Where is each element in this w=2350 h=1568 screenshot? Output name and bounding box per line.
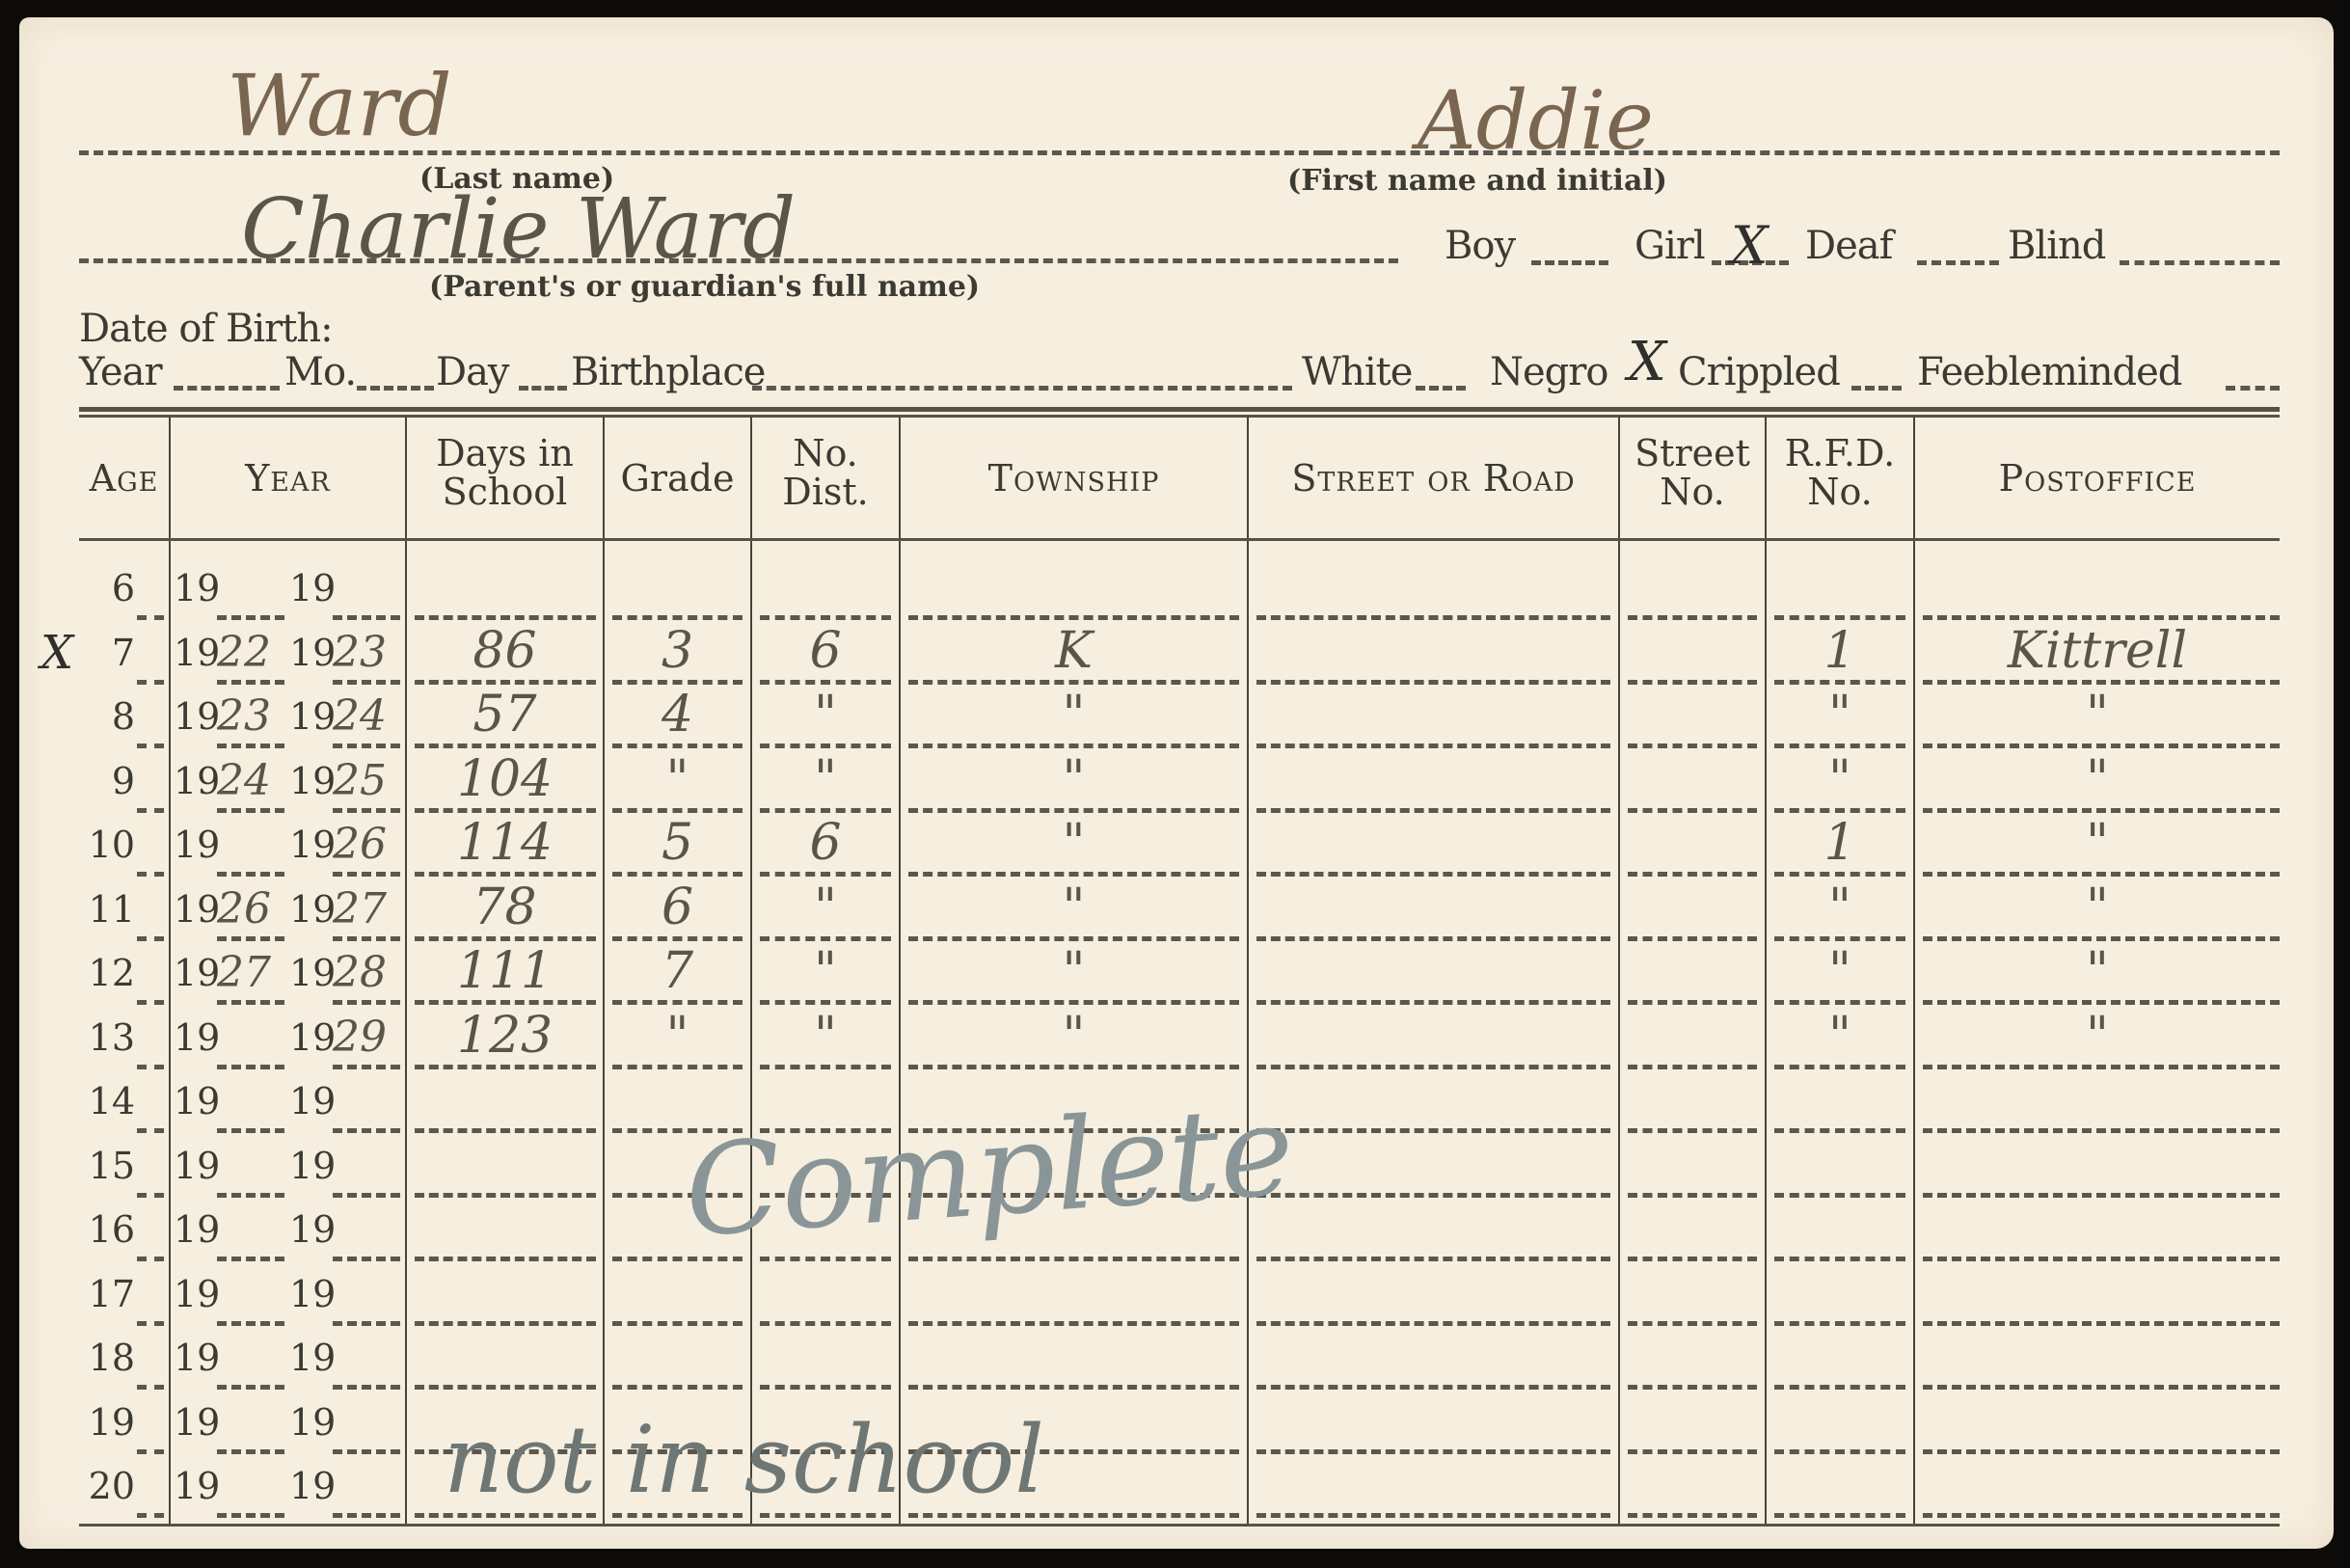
rfd-line xyxy=(1774,680,1905,685)
year-end-line xyxy=(333,1257,400,1261)
age-line xyxy=(137,1128,164,1133)
rfd-line xyxy=(1774,872,1905,877)
rfd-line xyxy=(1774,1065,1905,1069)
year-end-line xyxy=(333,1385,400,1390)
rfd-cell: " xyxy=(1767,1007,1913,1065)
age-line xyxy=(137,1000,164,1005)
year-end-line xyxy=(333,936,400,941)
year-end-hand: 23 xyxy=(333,628,387,677)
days-cell: 78 xyxy=(407,879,603,936)
age-value: 9 xyxy=(77,760,135,802)
age-value: 7 xyxy=(77,632,135,674)
age-value: 17 xyxy=(77,1273,135,1315)
township-line xyxy=(908,615,1239,620)
rfd-line xyxy=(1774,1385,1905,1390)
street_no-line xyxy=(1628,1321,1757,1326)
header-rfd-line2: No. xyxy=(1767,473,1913,511)
grade-cell: 3 xyxy=(605,622,750,680)
age-line xyxy=(137,808,164,813)
postoffice-cell: " xyxy=(1915,942,2280,1000)
feebleminded-line xyxy=(2226,386,2280,391)
age-line xyxy=(137,1449,164,1454)
street-line xyxy=(1256,936,1610,941)
year-end-hand: 28 xyxy=(333,948,387,997)
year-end-line xyxy=(333,1513,400,1518)
street-line xyxy=(1256,1065,1610,1069)
grade-line xyxy=(612,1065,743,1069)
rfd-cell: " xyxy=(1767,942,1913,1000)
dist-line xyxy=(760,743,891,748)
year-start-line xyxy=(217,743,284,748)
header-days-line1: Days in xyxy=(407,434,603,473)
age-line xyxy=(137,1065,164,1069)
header-rule-bottom xyxy=(79,415,2280,418)
days-line xyxy=(415,936,596,941)
postoffice-line xyxy=(1923,1193,2280,1198)
age-value: 16 xyxy=(77,1208,135,1251)
year-start-hand: 23 xyxy=(217,691,271,741)
days-line xyxy=(415,1385,596,1390)
street_no-line xyxy=(1628,936,1757,941)
street_no-line xyxy=(1628,615,1757,620)
days-cell: 114 xyxy=(407,814,603,872)
dist-cell: " xyxy=(752,686,899,743)
header-underline xyxy=(79,538,2280,541)
year-start-prefix: 19 xyxy=(174,1145,220,1187)
township-cell: K xyxy=(901,622,1247,680)
blind-label: Blind xyxy=(2008,224,2105,268)
rfd-cell: " xyxy=(1767,879,1913,936)
last-name-value: Ward xyxy=(227,56,452,155)
age-value: 8 xyxy=(77,695,135,738)
year-end-line xyxy=(333,743,400,748)
year-end-prefix: 19 xyxy=(289,1401,336,1444)
year-start-prefix: 19 xyxy=(174,632,220,674)
street_no-line xyxy=(1628,808,1757,813)
grade-cell: 5 xyxy=(605,814,750,872)
year-start-line xyxy=(217,680,284,685)
dist-line xyxy=(760,1065,891,1069)
year-end-prefix: 19 xyxy=(289,888,336,931)
dist-cell: 6 xyxy=(752,622,899,680)
age-value: 15 xyxy=(77,1145,135,1187)
dob-label: Date of Birth: xyxy=(79,307,333,351)
age-line xyxy=(137,680,164,685)
rfd-line xyxy=(1774,936,1905,941)
table-row: 171919 xyxy=(19,1273,2334,1337)
dist-cell: 6 xyxy=(752,814,899,872)
dist-cell: " xyxy=(752,942,899,1000)
deaf-line xyxy=(1917,260,1999,265)
street-line xyxy=(1256,1513,1610,1518)
header-street-road: Street or Road xyxy=(1249,459,1618,498)
first-name-line xyxy=(1323,150,2280,155)
grade-line xyxy=(612,1000,743,1005)
year-start-prefix: 19 xyxy=(174,695,220,738)
days-line xyxy=(415,1321,596,1326)
header-age: Age xyxy=(79,459,169,498)
year-end-hand: 27 xyxy=(333,884,387,933)
rfd-line xyxy=(1774,1449,1905,1454)
month-line xyxy=(357,386,434,391)
rfd-line xyxy=(1774,1193,1905,1198)
street_no-line xyxy=(1628,1385,1757,1390)
header-postoffice: Postoffice xyxy=(1915,459,2280,498)
township-cell: " xyxy=(901,750,1247,808)
birthplace-line xyxy=(752,386,1292,391)
postoffice-line xyxy=(1923,1257,2280,1261)
year-start-prefix: 19 xyxy=(174,1337,220,1379)
year-start-line xyxy=(217,1128,284,1133)
year-start-hand: 22 xyxy=(217,628,271,677)
days-line xyxy=(415,1000,596,1005)
township-line xyxy=(908,1321,1239,1326)
street-line xyxy=(1256,1257,1610,1261)
township-line xyxy=(908,936,1239,941)
township-cell: " xyxy=(901,879,1247,936)
table-row: 201919 xyxy=(19,1465,2334,1528)
year-start-prefix: 19 xyxy=(174,1465,220,1507)
year-end-line xyxy=(333,1321,400,1326)
year-end-line xyxy=(333,1000,400,1005)
township-line xyxy=(908,1000,1239,1005)
age-value: 18 xyxy=(77,1337,135,1379)
rfd-line xyxy=(1774,743,1905,748)
dist-line xyxy=(760,1000,891,1005)
year-start-prefix: 19 xyxy=(174,824,220,866)
white-label: White xyxy=(1302,350,1412,394)
year-start-hand: 24 xyxy=(217,756,271,805)
day-line xyxy=(519,386,567,391)
year-end-prefix: 19 xyxy=(289,824,336,866)
year-start-prefix: 19 xyxy=(174,888,220,931)
header-days-line2: School xyxy=(407,473,603,511)
days-line xyxy=(415,808,596,813)
feebleminded-label: Feebleminded xyxy=(1917,350,2181,394)
postoffice-cell: " xyxy=(1915,879,2280,936)
township-line xyxy=(908,1065,1239,1069)
days-cell: 123 xyxy=(407,1007,603,1065)
dist-line xyxy=(760,936,891,941)
street_no-line xyxy=(1628,680,1757,685)
postoffice-line xyxy=(1923,808,2280,813)
days-line xyxy=(415,1065,596,1069)
year-end-hand: 25 xyxy=(333,756,387,805)
year-label: Year xyxy=(79,350,162,394)
postoffice-line xyxy=(1923,1449,2280,1454)
year-end-hand: 24 xyxy=(333,691,387,741)
year-end-prefix: 19 xyxy=(289,632,336,674)
not-in-school-annotation: not in school xyxy=(444,1406,1044,1514)
street-line xyxy=(1256,1128,1610,1133)
row-margin-mark: X xyxy=(41,626,73,680)
year-end-prefix: 19 xyxy=(289,1016,336,1059)
year-start-line xyxy=(217,1193,284,1198)
age-value: 14 xyxy=(77,1080,135,1122)
age-value: 6 xyxy=(77,567,135,609)
grade-line xyxy=(612,615,743,620)
year-end-hand: 29 xyxy=(333,1013,387,1062)
postoffice-cell: " xyxy=(1915,1007,2280,1065)
grade-line xyxy=(612,936,743,941)
age-value: 13 xyxy=(77,1016,135,1059)
postoffice-cell: " xyxy=(1915,814,2280,872)
postoffice-line xyxy=(1923,680,2280,685)
year-end-prefix: 19 xyxy=(289,760,336,802)
deaf-label: Deaf xyxy=(1805,224,1892,268)
street-line xyxy=(1256,615,1610,620)
school-census-card: Ward (Last name) Addie (First name and i… xyxy=(19,17,2334,1549)
dist-line xyxy=(760,808,891,813)
rfd-cell: 1 xyxy=(1767,814,1913,872)
age-line xyxy=(137,1513,164,1518)
year-end-line xyxy=(333,680,400,685)
days-cell: 57 xyxy=(407,686,603,743)
grade-cell: 7 xyxy=(605,942,750,1000)
grade-cell: 4 xyxy=(605,686,750,743)
postoffice-line xyxy=(1923,936,2280,941)
parent-name-line xyxy=(79,258,1398,263)
year-end-line xyxy=(333,1449,400,1454)
rfd-line xyxy=(1774,615,1905,620)
age-line xyxy=(137,1193,164,1198)
year-start-line xyxy=(217,1000,284,1005)
crippled-label: Crippled xyxy=(1678,350,1840,394)
crippled-line xyxy=(1851,386,1902,391)
postoffice-line xyxy=(1923,1000,2280,1005)
year-start-hand: 26 xyxy=(217,884,271,933)
boy-label: Boy xyxy=(1445,224,1515,268)
year-end-prefix: 19 xyxy=(289,1273,336,1315)
year-start-prefix: 19 xyxy=(174,1080,220,1122)
postoffice-line xyxy=(1923,1385,2280,1390)
township-cell: " xyxy=(901,1007,1247,1065)
year-end-line xyxy=(333,1065,400,1069)
year-start-line xyxy=(217,1257,284,1261)
grade-line xyxy=(612,1385,743,1390)
parent-name-value: Charlie Ward xyxy=(241,181,796,278)
township-cell: " xyxy=(901,814,1247,872)
year-start-line xyxy=(217,1385,284,1390)
days-line xyxy=(415,872,596,877)
dist-line xyxy=(760,872,891,877)
month-label: Mo. xyxy=(284,350,356,394)
days-line xyxy=(415,615,596,620)
rfd-line xyxy=(1774,1000,1905,1005)
year-end-prefix: 19 xyxy=(289,1208,336,1251)
rfd-cell: 1 xyxy=(1767,622,1913,680)
year-end-prefix: 19 xyxy=(289,1465,336,1507)
year-start-prefix: 19 xyxy=(174,1401,220,1444)
year-start-line xyxy=(217,1321,284,1326)
year-end-prefix: 19 xyxy=(289,695,336,738)
street_no-line xyxy=(1628,1193,1757,1198)
negro-label: Negro xyxy=(1490,350,1607,394)
year-start-line xyxy=(217,615,284,620)
year-start-prefix: 19 xyxy=(174,567,220,609)
year-end-line xyxy=(333,872,400,877)
age-line xyxy=(137,743,164,748)
header-dist-line2: Dist. xyxy=(752,473,899,511)
street-line xyxy=(1256,1193,1610,1198)
header-rule-top xyxy=(79,407,2280,412)
grade-line xyxy=(612,872,743,877)
year-start-prefix: 19 xyxy=(174,1016,220,1059)
street_no-line xyxy=(1628,1128,1757,1133)
table-row: 181919 xyxy=(19,1337,2334,1400)
year-end-prefix: 19 xyxy=(289,1145,336,1187)
township-line xyxy=(908,1385,1239,1390)
dist-line xyxy=(760,680,891,685)
year-line xyxy=(174,386,280,391)
postoffice-line xyxy=(1923,743,2280,748)
postoffice-line xyxy=(1923,1128,2280,1133)
age-value: 19 xyxy=(77,1401,135,1444)
dist-cell: " xyxy=(752,879,899,936)
year-start-line xyxy=(217,808,284,813)
township-line xyxy=(908,1257,1239,1261)
street_no-line xyxy=(1628,1000,1757,1005)
grade-cell: " xyxy=(605,1007,750,1065)
days-cell: 111 xyxy=(407,942,603,1000)
dist-line xyxy=(760,1385,891,1390)
street_no-line xyxy=(1628,743,1757,748)
grade-line xyxy=(612,743,743,748)
postoffice-line xyxy=(1923,615,2280,620)
header-rfd-line1: R.F.D. xyxy=(1767,434,1913,473)
parent-name-label: (Parent's or guardian's full name) xyxy=(429,270,980,304)
year-end-prefix: 19 xyxy=(289,1337,336,1379)
postoffice-line xyxy=(1923,1065,2280,1069)
age-value: 12 xyxy=(77,952,135,994)
dist-line xyxy=(760,615,891,620)
street_no-line xyxy=(1628,872,1757,877)
age-line xyxy=(137,1321,164,1326)
year-end-line xyxy=(333,808,400,813)
grade-cell: " xyxy=(605,750,750,808)
year-start-line xyxy=(217,1065,284,1069)
year-end-line xyxy=(333,1128,400,1133)
street-line xyxy=(1256,872,1610,877)
year-start-prefix: 19 xyxy=(174,1273,220,1315)
rfd-line xyxy=(1774,1257,1905,1261)
girl-checkmark: X xyxy=(1731,215,1768,276)
header-year: Year xyxy=(171,459,405,498)
girl-label: Girl xyxy=(1634,224,1705,268)
days-cell: 104 xyxy=(407,750,603,808)
age-value: 10 xyxy=(77,824,135,866)
days-line xyxy=(415,1128,596,1133)
age-line xyxy=(137,1257,164,1261)
days-cell: 86 xyxy=(407,622,603,680)
year-start-prefix: 19 xyxy=(174,952,220,994)
year-end-line xyxy=(333,1193,400,1198)
street-line xyxy=(1256,743,1610,748)
street-line xyxy=(1256,680,1610,685)
year-end-prefix: 19 xyxy=(289,567,336,609)
age-value: 20 xyxy=(77,1465,135,1507)
year-start-line xyxy=(217,1513,284,1518)
white-line xyxy=(1416,386,1466,391)
rfd-line xyxy=(1774,1128,1905,1133)
dist-cell: " xyxy=(752,1007,899,1065)
first-name-label: (First name and initial) xyxy=(1287,164,1667,198)
blind-line xyxy=(2120,260,2280,265)
year-start-line xyxy=(217,872,284,877)
birthplace-label: Birthplace xyxy=(571,350,765,394)
street-line xyxy=(1256,1000,1610,1005)
negro-checkmark: X xyxy=(1628,331,1666,393)
days-line xyxy=(415,680,596,685)
header-dist-line1: No. xyxy=(752,434,899,473)
township-line xyxy=(908,808,1239,813)
street_no-line xyxy=(1628,1513,1757,1518)
header-street-no-line1: Street xyxy=(1620,434,1765,473)
dist-cell: " xyxy=(752,750,899,808)
year-end-hand: 26 xyxy=(333,820,387,869)
postoffice-cell: " xyxy=(1915,686,2280,743)
last-name-line xyxy=(79,150,1323,155)
rfd-cell: " xyxy=(1767,686,1913,743)
year-start-line xyxy=(217,936,284,941)
year-start-prefix: 19 xyxy=(174,760,220,802)
rfd-line xyxy=(1774,1513,1905,1518)
township-cell: " xyxy=(901,942,1247,1000)
postoffice-cell: Kittrell xyxy=(1915,622,2280,680)
dist-line xyxy=(760,1321,891,1326)
street_no-line xyxy=(1628,1257,1757,1261)
header-township: Township xyxy=(901,459,1247,498)
age-line xyxy=(137,1385,164,1390)
age-line xyxy=(137,872,164,877)
grade-line xyxy=(612,680,743,685)
year-start-line xyxy=(217,1449,284,1454)
rfd-cell: " xyxy=(1767,750,1913,808)
age-value: 11 xyxy=(77,888,135,931)
year-start-hand: 27 xyxy=(217,948,271,997)
street_no-line xyxy=(1628,1449,1757,1454)
township-line xyxy=(908,872,1239,877)
township-cell: " xyxy=(901,686,1247,743)
grade-line xyxy=(612,808,743,813)
street-line xyxy=(1256,1321,1610,1326)
street-line xyxy=(1256,1385,1610,1390)
footer-rule xyxy=(79,1524,2280,1527)
age-line xyxy=(137,936,164,941)
header-grade: Grade xyxy=(605,459,750,498)
grade-cell: 6 xyxy=(605,879,750,936)
boy-line xyxy=(1531,260,1608,265)
postoffice-line xyxy=(1923,1321,2280,1326)
street-line xyxy=(1256,808,1610,813)
age-line xyxy=(137,615,164,620)
table-row: 13191929123""""" xyxy=(19,1016,2334,1080)
year-end-line xyxy=(333,615,400,620)
street-line xyxy=(1256,1449,1610,1454)
year-end-prefix: 19 xyxy=(289,1080,336,1122)
year-start-prefix: 19 xyxy=(174,1208,220,1251)
township-line xyxy=(908,743,1239,748)
rfd-line xyxy=(1774,1321,1905,1326)
street_no-line xyxy=(1628,1065,1757,1069)
year-end-prefix: 19 xyxy=(289,952,336,994)
header-street-no-line2: No. xyxy=(1620,473,1765,511)
postoffice-line xyxy=(1923,1513,2280,1518)
township-line xyxy=(908,680,1239,685)
postoffice-line xyxy=(1923,872,2280,877)
grade-line xyxy=(612,1321,743,1326)
days-line xyxy=(415,1257,596,1261)
